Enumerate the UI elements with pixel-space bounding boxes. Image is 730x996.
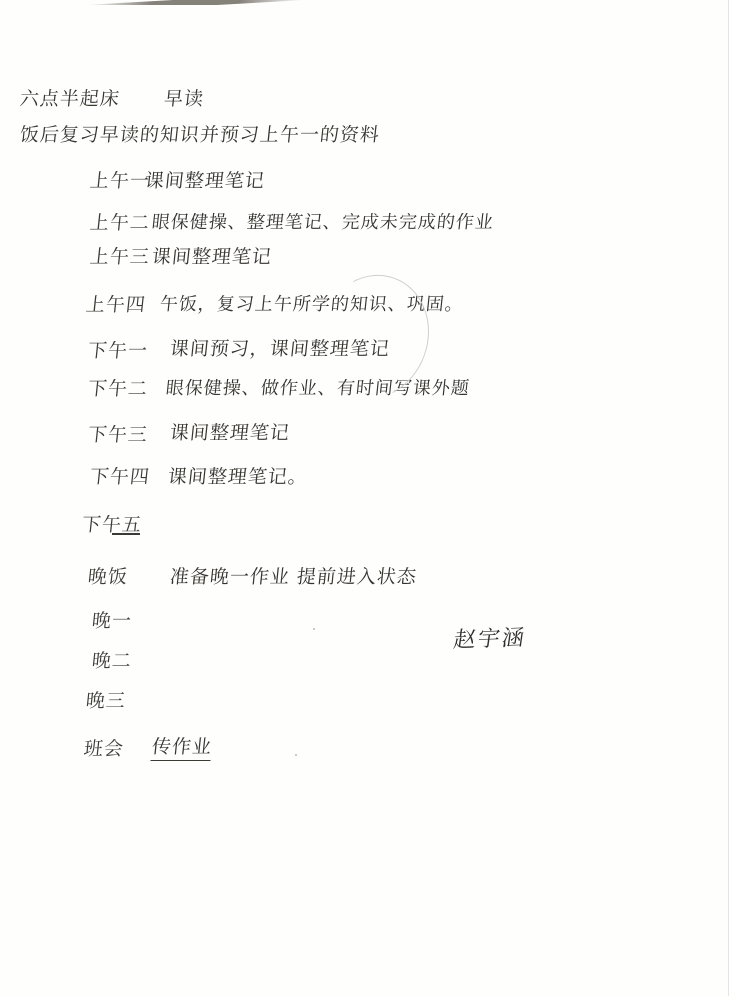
schedule-content: 课间整理笔记 bbox=[151, 242, 274, 269]
schedule-content: 课间整理笔记 bbox=[144, 166, 267, 193]
schedule-label: 晚饭 bbox=[87, 562, 130, 589]
schedule-label: 下午三 bbox=[87, 420, 150, 447]
underline-mark bbox=[112, 533, 140, 535]
morning-reading: 早读 bbox=[163, 88, 205, 110]
document-page: 六点半起床 早读 饭后复习早读的知识并预习上午一的资料 上午一 课间整理笔记 上… bbox=[0, 0, 730, 996]
stray-dot bbox=[295, 754, 297, 756]
schedule-content: 传作业 bbox=[150, 732, 213, 761]
schedule-label: 下午二 bbox=[87, 374, 150, 401]
schedule-label: 上午三 bbox=[89, 242, 152, 269]
schedule-label: 上午四 bbox=[85, 290, 148, 317]
wake-up-line: 六点半起床 早读 bbox=[19, 84, 206, 111]
schedule-content: 课间整理笔记。 bbox=[167, 462, 310, 489]
schedule-label: 晚三 bbox=[85, 686, 128, 713]
schedule-label: 上午二 bbox=[89, 208, 152, 235]
schedule-label: 班会 bbox=[83, 734, 126, 761]
schedule-label: 上午一 bbox=[89, 166, 152, 193]
schedule-content: 课间整理笔记 bbox=[169, 418, 292, 445]
stray-dot bbox=[313, 628, 315, 630]
wake-up-time: 六点半起床 bbox=[19, 88, 121, 110]
schedule-content: 眼保健操、做作业、有时间写课外题 bbox=[165, 374, 472, 400]
schedule-content: 准备晚一作业 提前进入状态 bbox=[169, 562, 419, 589]
schedule-content: 眼保健操、整理笔记、完成未完成的作业 bbox=[151, 208, 496, 234]
schedule-label: 下午一 bbox=[87, 336, 150, 363]
page-edge bbox=[728, 0, 729, 996]
schedule-label: 下午四 bbox=[89, 462, 152, 489]
signature: 赵宇涵 bbox=[452, 621, 529, 654]
scan-edge-shadow bbox=[85, 0, 305, 5]
schedule-label: 晚一 bbox=[91, 606, 134, 633]
schedule-label: 晚二 bbox=[91, 646, 134, 673]
after-breakfast-line: 饭后复习早读的知识并预习上午一的资料 bbox=[19, 120, 382, 147]
